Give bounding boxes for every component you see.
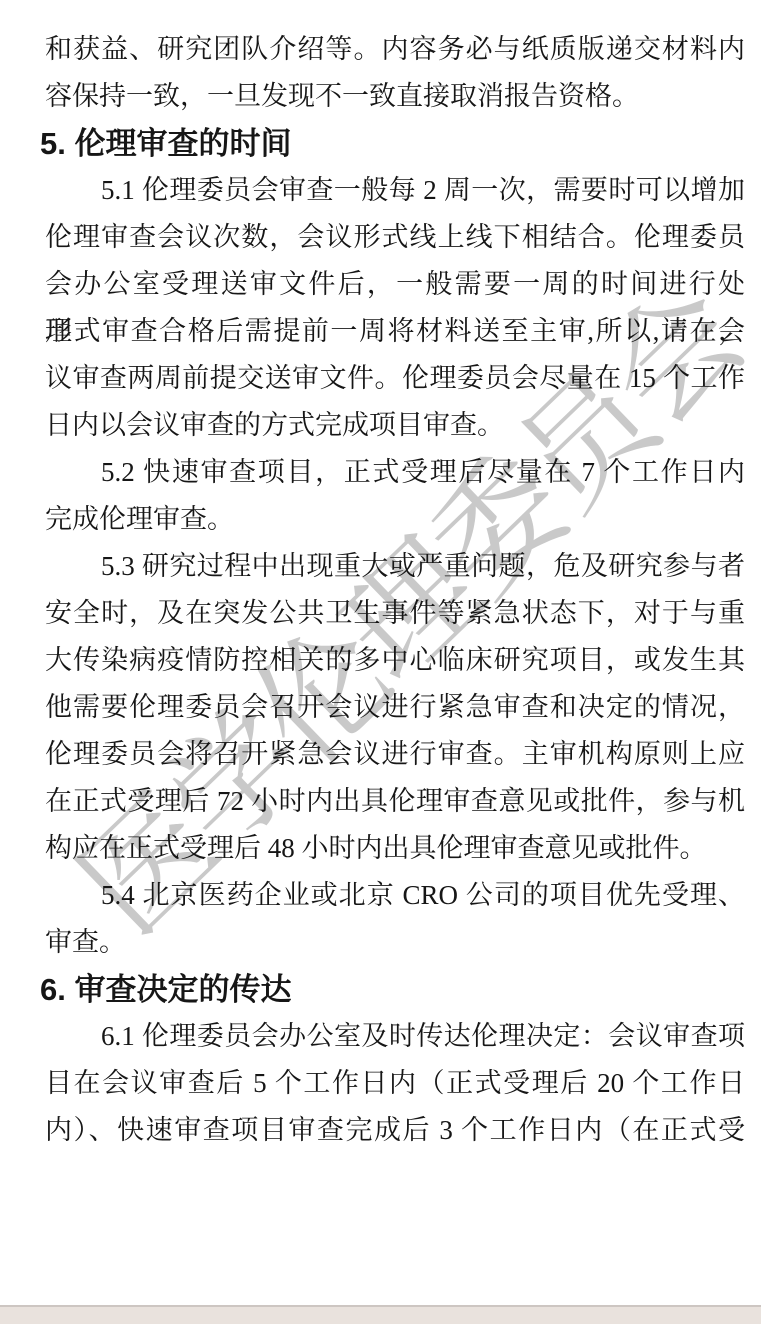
text-line: 完成伦理审查。 xyxy=(45,496,745,543)
page-bottom-bar xyxy=(0,1305,761,1324)
text-line: 会办公室受理送审文件后，一般需要一周的时间进行处理， xyxy=(45,261,745,308)
section-heading: 5. 伦理审查的时间 xyxy=(40,120,745,167)
text-line: 容保持一致，一旦发现不一致直接取消报告资格。 xyxy=(45,73,745,120)
text-line: 安全时，及在突发公共卫生事件等紧急状态下，对于与重 xyxy=(45,590,745,637)
text-line: 5.4 北京医药企业或北京 CRO 公司的项目优先受理、 xyxy=(45,872,745,919)
text-line: 6.1 伦理委员会办公室及时传达伦理决定：会议审查项 xyxy=(45,1013,745,1060)
text-line: 议审查两周前提交送审文件。伦理委员会尽量在 15 个工作 xyxy=(45,355,745,402)
text-line: 内）、快速审查项目审查完成后 3 个工作日内（在正式受 xyxy=(45,1107,745,1154)
text-line: 目在会议审查后 5 个工作日内（正式受理后 20 个工作日 xyxy=(45,1060,745,1107)
text-line: 大传染病疫情防控相关的多中心临床研究项目，或发生其 xyxy=(45,637,745,684)
text-line: 日内以会议审查的方式完成项目审查。 xyxy=(45,402,745,449)
text-line: 审查。 xyxy=(45,919,745,966)
text-line: 5.1 伦理委员会审查一般每 2 周一次，需要时可以增加 xyxy=(45,167,745,214)
text-line: 在正式受理后 72 小时内出具伦理审查意见或批件，参与机 xyxy=(45,778,745,825)
text-line: 5.2 快速审查项目，正式受理后尽量在 7 个工作日内 xyxy=(45,449,745,496)
text-line: 伦理审查会议次数，会议形式线上线下相结合。伦理委员 xyxy=(45,214,745,261)
text-line: 形式审查合格后需提前一周将材料送至主审,所以,请在会 xyxy=(45,308,745,355)
text-line: 伦理委员会将召开紧急会议进行审查。主审机构原则上应 xyxy=(45,731,745,778)
text-line: 构应在正式受理后 48 小时内出具伦理审查意见或批件。 xyxy=(45,825,745,872)
document-body: 和获益、研究团队介绍等。内容务必与纸质版递交材料内容保持一致，一旦发现不一致直接… xyxy=(45,26,745,1154)
text-line: 和获益、研究团队介绍等。内容务必与纸质版递交材料内 xyxy=(45,26,745,73)
text-line: 5.3 研究过程中出现重大或严重问题，危及研究参与者 xyxy=(45,543,745,590)
document-page: 医学伦理委员会 和获益、研究团队介绍等。内容务必与纸质版递交材料内容保持一致，一… xyxy=(0,0,761,1324)
section-heading: 6. 审查决定的传达 xyxy=(40,966,745,1013)
text-line: 他需要伦理委员会召开会议进行紧急审查和决定的情况， xyxy=(45,684,745,731)
